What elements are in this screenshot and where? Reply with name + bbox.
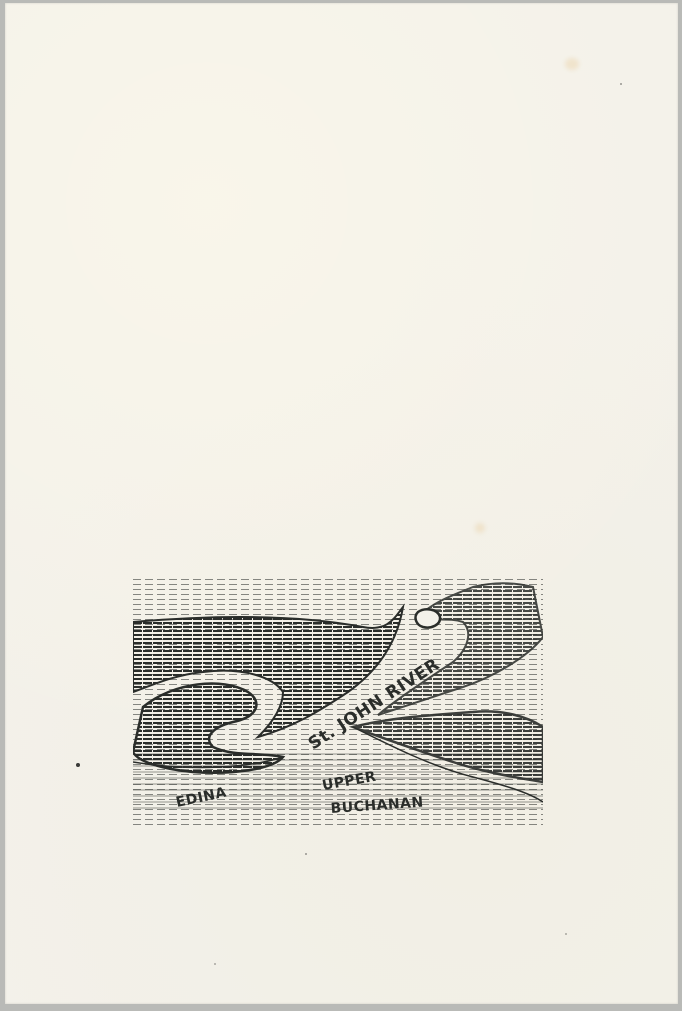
paper-speck	[620, 83, 622, 85]
paper-stain	[565, 58, 579, 70]
river-island	[416, 609, 441, 627]
paper-speck	[565, 933, 567, 935]
paper-speck	[214, 963, 216, 965]
paper-speck	[76, 763, 80, 767]
map-vignette: St. JOHN RIVER EDINA UPPER BUCHANAN	[133, 577, 543, 827]
paper-speck	[305, 853, 307, 855]
paper-stain	[475, 523, 485, 533]
paper-sheet	[5, 3, 678, 1004]
